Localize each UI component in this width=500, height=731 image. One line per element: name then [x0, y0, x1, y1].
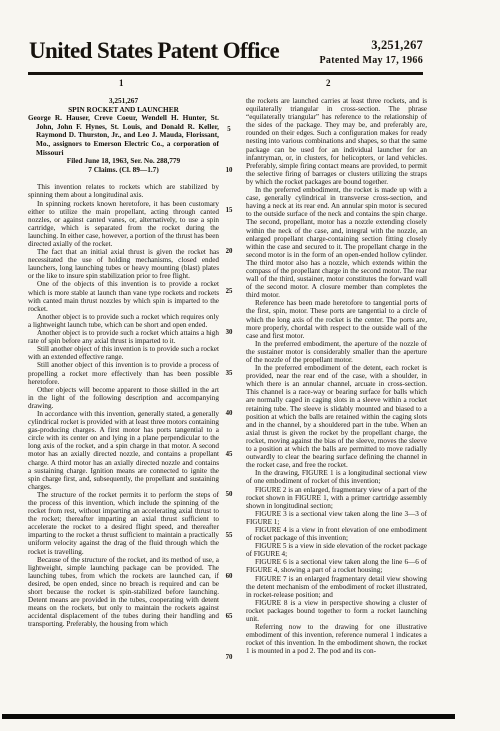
paragraph: Another object is to provide such a rock… — [28, 313, 219, 329]
line-number: 70 — [220, 654, 238, 661]
line-number: 65 — [220, 613, 238, 620]
line-number: 60 — [220, 573, 238, 580]
patent-page: United States Patent Office 3,251,267 Pa… — [0, 0, 500, 731]
line-number: 40 — [220, 410, 238, 417]
paragraph: FIGURE 3 is a sectional view taken along… — [246, 510, 427, 526]
paragraph: Still another object of this invention i… — [28, 361, 219, 385]
patent-number: 3,251,267 — [320, 38, 423, 53]
line-number-gutter: 510152025303540455055606570 — [220, 0, 238, 731]
right-column: the rockets are launched carries at leas… — [246, 97, 427, 655]
paragraph: In the preferred embodiment, the rocket … — [246, 186, 427, 299]
paragraph: In the drawing, FIGURE 1 is a longitudin… — [246, 469, 427, 485]
paragraph: Reference has been made heretofore to ta… — [246, 299, 427, 339]
paragraph: Another object is to provide such a rock… — [28, 329, 219, 345]
line-number: 50 — [220, 491, 238, 498]
column-marker-1: 1 — [119, 78, 124, 88]
paragraph: The structure of the rocket permits it t… — [28, 491, 219, 556]
patented-date: Patented May 17, 1966 — [290, 55, 423, 66]
line-number: 55 — [220, 532, 238, 539]
paragraph: FIGURE 7 is an enlarged fragmentary deta… — [246, 575, 427, 599]
line-number: 10 — [220, 167, 238, 174]
paragraph: the rockets are launched carries at leas… — [246, 97, 427, 186]
paragraph: FIGURE 5 is a view in side elevation of … — [246, 542, 427, 558]
paragraph: FIGURE 2 is an enlarged, fragmentary vie… — [246, 486, 427, 510]
paragraph: In the preferred embodiment of the deten… — [246, 364, 427, 469]
paragraph: This invention relates to rockets which … — [28, 183, 219, 199]
column-marker-2: 2 — [326, 78, 331, 88]
paragraph: The fact that an initial axial thrust is… — [28, 248, 219, 280]
paragraph: Referring now to the drawing for one ill… — [246, 623, 427, 655]
line-number: 15 — [220, 207, 238, 214]
right-column-body: the rockets are launched carries at leas… — [246, 97, 427, 655]
paragraph: FIGURE 4 is a view in front elevation of… — [246, 526, 427, 542]
paragraph: FIGURE 8 is a view in perspective showin… — [246, 599, 427, 623]
paragraph: In spinning rockets known heretofore, it… — [28, 200, 219, 249]
line-number: 30 — [220, 329, 238, 336]
paragraph: Other objects will become apparent to th… — [28, 386, 219, 410]
line-number: 35 — [220, 370, 238, 377]
inventors-block: George R. Hauser, Creve Coeur, Wendell H… — [28, 114, 219, 157]
paragraph: In the preferred embodiment, the apertur… — [246, 340, 427, 364]
left-column: 3,251,267 SPIN ROCKET AND LAUNCHER Georg… — [28, 97, 219, 629]
paragraph: One of the objects of this invention is … — [28, 280, 219, 312]
line-number: 25 — [220, 288, 238, 295]
scan-edge-bar — [2, 714, 455, 719]
patent-heading: 3,251,267 SPIN ROCKET AND LAUNCHER Georg… — [28, 97, 219, 174]
left-column-body: This invention relates to rockets which … — [28, 183, 219, 628]
paragraph: Still another object of this invention i… — [28, 345, 219, 361]
paragraph: In accordance with this invention, gener… — [28, 410, 219, 491]
paragraph: FIGURE 6 is a sectional view taken along… — [246, 558, 427, 574]
patent-office-title: United States Patent Office — [29, 39, 279, 62]
claims-info: 7 Claims. (Cl. 89—1.7) — [28, 166, 219, 175]
line-number: 20 — [220, 248, 238, 255]
paragraph: Because of the structure of the rocket, … — [28, 556, 219, 629]
line-number: 45 — [220, 451, 238, 458]
line-number: 5 — [220, 126, 238, 133]
